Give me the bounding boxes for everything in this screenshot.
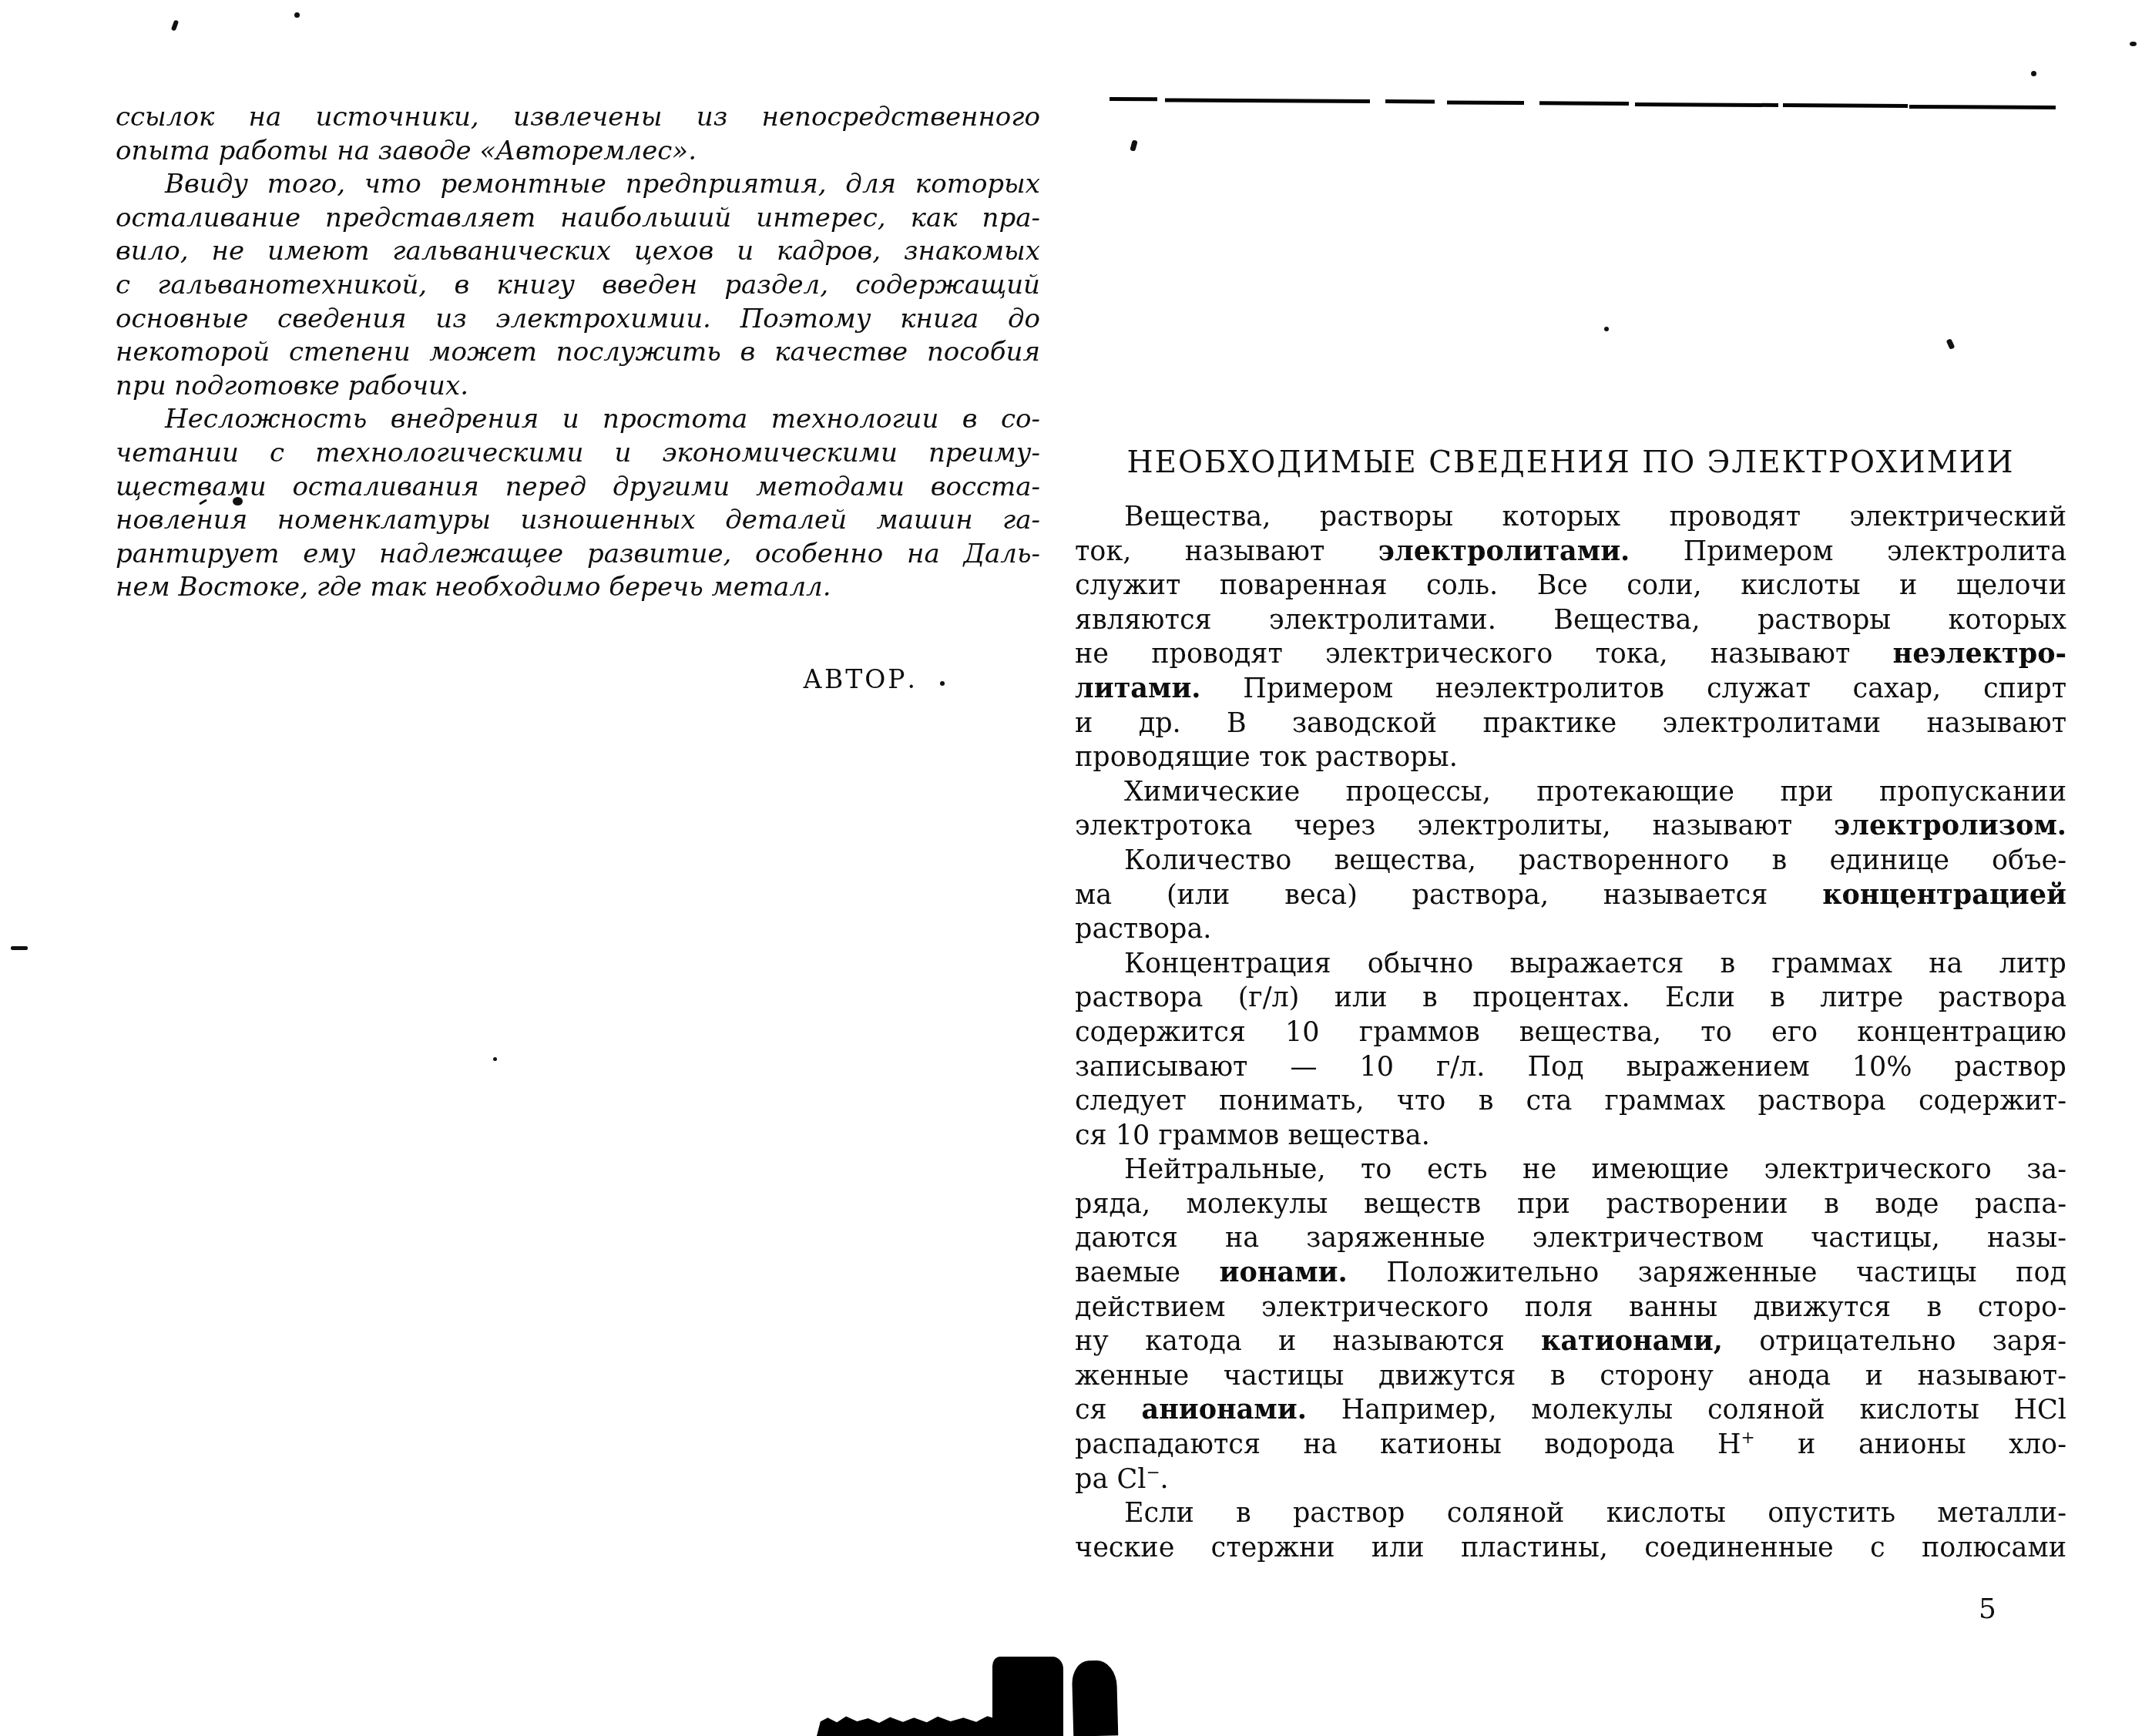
- scanned-book-spread: { "left_page": { "lines": [ {"t": "ссыло…: [0, 0, 2152, 1736]
- text-line: литами. Примером неэлектролитов служат с…: [1075, 672, 2066, 707]
- text-segment: не проводят электрического тока, называю…: [1075, 639, 1893, 670]
- ink-blot-bar: [817, 1710, 1000, 1736]
- text-segment: опыта работы на заводе «Авторемлес».: [116, 136, 697, 166]
- ink-blot-round: [1072, 1660, 1119, 1736]
- text-line: ваемые ионами. Положительно заряженные ч…: [1075, 1256, 2066, 1291]
- text-line: ну катода и называются катионами, отрица…: [1075, 1325, 2066, 1359]
- text-line: даются на заряженные электричеством част…: [1075, 1221, 2066, 1256]
- ink-blot-block: [992, 1657, 1063, 1736]
- text-segment: Если в раствор соляной кислоты опустить …: [1124, 1498, 2066, 1529]
- text-segment: и др. В заводской практике электролитами…: [1075, 708, 2066, 739]
- text-segment: ма (или веса) раствора, называется: [1075, 880, 1822, 911]
- text-segment: ну катода и называются: [1075, 1326, 1541, 1357]
- text-segment: Концентрация обычно выражается в граммах…: [1124, 949, 2066, 979]
- text-line: ра Cl−.: [1075, 1462, 2066, 1497]
- text-segment: Примером неэлектролитов служат сахар, сп…: [1201, 673, 2066, 704]
- text-segment: новления номенклатуры изношенных деталей…: [116, 505, 1040, 536]
- text-line: Несложность внедрения и простота техноло…: [116, 403, 1040, 437]
- text-line: новления номенклатуры изношенных деталей…: [116, 504, 1040, 538]
- text-segment: осталивание представляет наибольший инте…: [116, 203, 1040, 233]
- text-line: некоторой степени может послужить в каче…: [116, 336, 1040, 370]
- scan-speck: [171, 19, 179, 31]
- text-line: Концентрация обычно выражается в граммах…: [1075, 947, 2066, 982]
- text-segment: ществами осталивания перед другими метод…: [116, 472, 1040, 502]
- scan-speck: [11, 946, 28, 950]
- text-line: Нейтральные, то есть не имеющие электрич…: [1075, 1153, 2066, 1187]
- text-segment: Например, молекулы соляной кислоты HCl: [1307, 1395, 2066, 1425]
- text-line: ся анионами. Например, молекулы соляной …: [1075, 1393, 2066, 1428]
- text-segment: ионами.: [1220, 1257, 1348, 1288]
- scan-speck: [493, 1057, 497, 1061]
- text-line: содержится 10 граммов вещества, то его к…: [1075, 1016, 2066, 1050]
- rule-segment: [1447, 101, 1524, 106]
- rule-segment: [1110, 97, 1157, 101]
- text-line: ся 10 граммов вещества.: [1075, 1119, 2066, 1153]
- text-line: проводящие ток растворы.: [1075, 740, 2066, 775]
- text-segment: катионами,: [1541, 1325, 1723, 1357]
- text-segment: Примером электролита: [1630, 536, 2066, 567]
- text-segment: Несложность внедрения и простота техноло…: [165, 404, 1040, 435]
- text-line: при подготовке рабочих.: [116, 370, 1040, 404]
- text-segment: действием электрического поля ванны движ…: [1075, 1292, 2066, 1323]
- text-segment: служит поваренная соль. Все соли, кислот…: [1075, 570, 2066, 601]
- text-segment: четании с технологическими и экономическ…: [116, 438, 1040, 468]
- text-line: не проводят электрического тока, называю…: [1075, 637, 2066, 672]
- text-segment: ток, называют: [1075, 536, 1378, 567]
- right-page-text-block: Вещества, растворы которых проводят элек…: [1075, 500, 2066, 1565]
- text-segment: .: [1160, 1464, 1169, 1495]
- text-segment: −: [1146, 1463, 1160, 1482]
- rule-segment: [1385, 99, 1435, 103]
- text-segment: некоторой степени может послужить в каче…: [116, 337, 1040, 368]
- text-segment: следует понимать, что в ста граммах раст…: [1075, 1086, 2066, 1116]
- text-line: с гальванотехникой, в книгу введен разде…: [116, 269, 1040, 303]
- page-number: 5: [1979, 1593, 1996, 1625]
- text-line: осталивание представляет наибольший инте…: [116, 202, 1040, 236]
- rule-segment: [1165, 98, 1370, 103]
- section-heading: НЕОБХОДИМЫЕ СВЕДЕНИЯ ПО ЭЛЕКТРОХИМИИ: [1075, 445, 2066, 480]
- text-segment: ся 10 граммов вещества.: [1075, 1120, 1430, 1151]
- text-line: ток, называют электролитами. Примером эл…: [1075, 535, 2066, 569]
- text-segment: раствора (г/л) или в процентах. Если в л…: [1075, 982, 2066, 1013]
- scan-speck: [294, 12, 300, 18]
- text-line: ссылок на источники, извлечены из непоср…: [116, 101, 1040, 135]
- rule-segment: [1783, 103, 1908, 108]
- text-line: ществами осталивания перед другими метод…: [116, 471, 1040, 505]
- text-segment: Химические процессы, протекающие при про…: [1124, 777, 2066, 808]
- text-segment: содержится 10 граммов вещества, то его к…: [1075, 1017, 2066, 1048]
- rule-segment: [1635, 102, 1778, 107]
- scan-speck: [1946, 338, 1956, 350]
- text-line: служит поваренная соль. Все соли, кислот…: [1075, 569, 2066, 603]
- text-segment: рантирует ему надлежащее развитие, особе…: [116, 539, 1040, 569]
- text-line: опыта работы на заводе «Авторемлес».: [116, 135, 1040, 169]
- text-segment: записывают — 10 г/л. Под выражением 10% …: [1075, 1052, 2066, 1083]
- scan-speck: [2031, 71, 2036, 76]
- text-segment: даются на заряженные электричеством част…: [1075, 1223, 2066, 1254]
- text-line: вило, не имеют гальванических цехов и ка…: [116, 235, 1040, 269]
- text-segment: ваемые: [1075, 1258, 1220, 1288]
- header-rule: [1110, 97, 2056, 109]
- text-segment: неэлектро-: [1893, 638, 2066, 670]
- text-segment: с гальванотехникой, в книгу введен разде…: [116, 270, 1040, 301]
- text-segment: электролизом.: [1834, 810, 2066, 841]
- text-line: являются электролитами. Вещества, раство…: [1075, 603, 2066, 638]
- text-segment: раствора.: [1075, 914, 1211, 945]
- text-line: Если в раствор соляной кислоты опустить …: [1075, 1496, 2066, 1531]
- text-line: основные сведения из электрохимии. Поэто…: [116, 303, 1040, 337]
- text-segment: и анионы хло-: [1755, 1429, 2066, 1460]
- scan-speck: [940, 681, 945, 686]
- text-line: четании с технологическими и экономическ…: [116, 437, 1040, 471]
- text-segment: литами.: [1075, 673, 1201, 704]
- text-line: раствора.: [1075, 912, 2066, 947]
- text-segment: Вещества, растворы которых проводят элек…: [1124, 502, 2066, 532]
- text-segment: отрицательно заря-: [1723, 1326, 2066, 1357]
- text-segment: Положительно заряженные частицы под: [1348, 1258, 2066, 1288]
- left-page-text-block: ссылок на источники, извлечены из непоср…: [116, 101, 1040, 605]
- text-segment: проводящие ток растворы.: [1075, 742, 1458, 773]
- text-line: и др. В заводской практике электролитами…: [1075, 707, 2066, 741]
- scan-speck: [2130, 42, 2137, 46]
- text-segment: электролитами.: [1378, 536, 1630, 567]
- text-line: женные частицы движутся в сторону анода …: [1075, 1359, 2066, 1394]
- scan-speck: [1130, 139, 1137, 151]
- text-segment: Количество вещества, растворенного в еди…: [1124, 845, 2066, 876]
- text-segment: анионами.: [1141, 1394, 1306, 1425]
- text-segment: ческие стержни или пластины, соединенные…: [1075, 1533, 2066, 1563]
- text-segment: ряда, молекулы веществ при растворении в…: [1075, 1189, 2066, 1220]
- text-line: раствора (г/л) или в процентах. Если в л…: [1075, 981, 2066, 1016]
- text-segment: распадаются на катионы водорода Н: [1075, 1429, 1741, 1460]
- text-segment: ра Cl: [1075, 1464, 1146, 1495]
- text-line: Количество вещества, растворенного в еди…: [1075, 844, 2066, 878]
- text-line: ческие стержни или пластины, соединенные…: [1075, 1531, 2066, 1566]
- scan-speck: [233, 497, 243, 505]
- text-line: Вещества, растворы которых проводят элек…: [1075, 500, 2066, 535]
- scan-speck: [1604, 327, 1609, 331]
- text-segment: при подготовке рабочих.: [116, 371, 468, 401]
- text-line: действием электрического поля ванны движ…: [1075, 1291, 2066, 1325]
- text-line: ма (или веса) раствора, называется конце…: [1075, 878, 2066, 913]
- text-line: Ввиду того, что ремонтные предприятия, д…: [116, 168, 1040, 202]
- text-line: распадаются на катионы водорода Н+ и ани…: [1075, 1428, 2066, 1462]
- text-segment: ссылок на источники, извлечены из непоср…: [116, 102, 1040, 133]
- text-line: рантирует ему надлежащее развитие, особе…: [116, 538, 1040, 572]
- text-line: ряда, молекулы веществ при растворении в…: [1075, 1187, 2066, 1222]
- text-segment: электротока через электролиты, называют: [1075, 811, 1834, 841]
- text-segment: являются электролитами. Вещества, раство…: [1075, 605, 2066, 636]
- author-signature: АВТОР.: [803, 664, 918, 694]
- text-segment: +: [1741, 1429, 1755, 1448]
- text-line: нем Востоке, где так необходимо беречь м…: [116, 571, 1040, 605]
- text-segment: вило, не имеют гальванических цехов и ка…: [116, 236, 1040, 267]
- rule-segment: [1909, 105, 2056, 109]
- text-line: записывают — 10 г/л. Под выражением 10% …: [1075, 1050, 2066, 1085]
- rule-segment: [1539, 101, 1629, 106]
- text-line: следует понимать, что в ста граммах раст…: [1075, 1084, 2066, 1119]
- text-segment: концентрацией: [1822, 879, 2066, 911]
- text-segment: Нейтральные, то есть не имеющие электрич…: [1124, 1154, 2066, 1185]
- text-segment: женные частицы движутся в сторону анода …: [1075, 1361, 2066, 1392]
- text-line: электротока через электролиты, называют …: [1075, 809, 2066, 844]
- text-segment: нем Востоке, где так необходимо беречь м…: [116, 572, 831, 603]
- text-segment: ся: [1075, 1395, 1141, 1425]
- text-segment: Ввиду того, что ремонтные предприятия, д…: [165, 169, 1040, 200]
- text-line: Химические процессы, протекающие при про…: [1075, 775, 2066, 810]
- text-segment: основные сведения из электрохимии. Поэто…: [116, 304, 1040, 334]
